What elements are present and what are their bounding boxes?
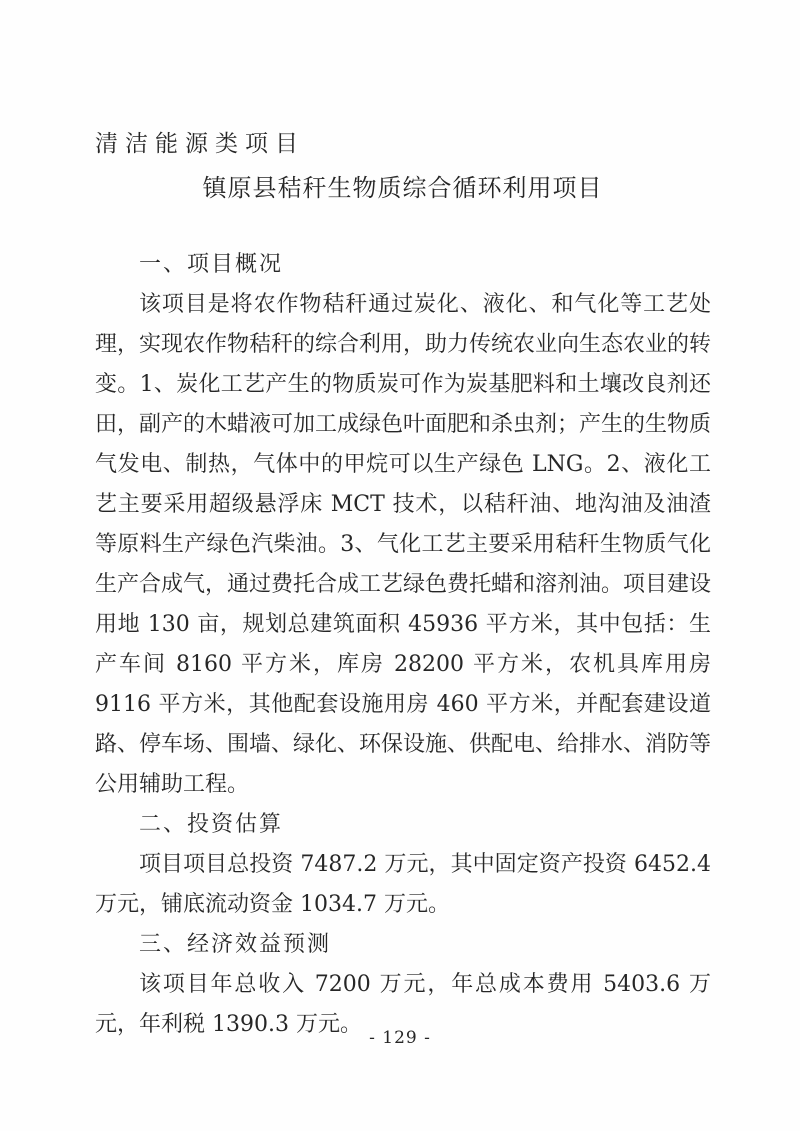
paragraph-project-overview: 该项目是将农作物秸秆通过炭化、液化、和气化等工艺处理，实现农作物秸秆的综合利用，… [95,285,711,805]
section-heading-investment-estimate: 二、投资估算 [95,805,711,845]
document-title: 镇原县秸秆生物质综合循环利用项目 [95,168,710,203]
document-body: 一、项目概况 该项目是将农作物秸秆通过炭化、液化、和气化等工艺处理，实现农作物秸… [95,245,711,1045]
section-heading-project-overview: 一、项目概况 [95,245,711,285]
category-heading: 清洁能源类项目 [95,125,305,158]
paragraph-investment-estimate: 项目项目总投资 7487.2 万元，其中固定资产投资 6452.4 万元，铺底流… [95,845,711,925]
page-number: - 129 - [0,1028,800,1048]
document-page: 清洁能源类项目 镇原县秸秆生物质综合循环利用项目 一、项目概况 该项目是将农作物… [0,0,800,1131]
section-heading-economic-benefit-forecast: 三、经济效益预测 [95,925,711,965]
